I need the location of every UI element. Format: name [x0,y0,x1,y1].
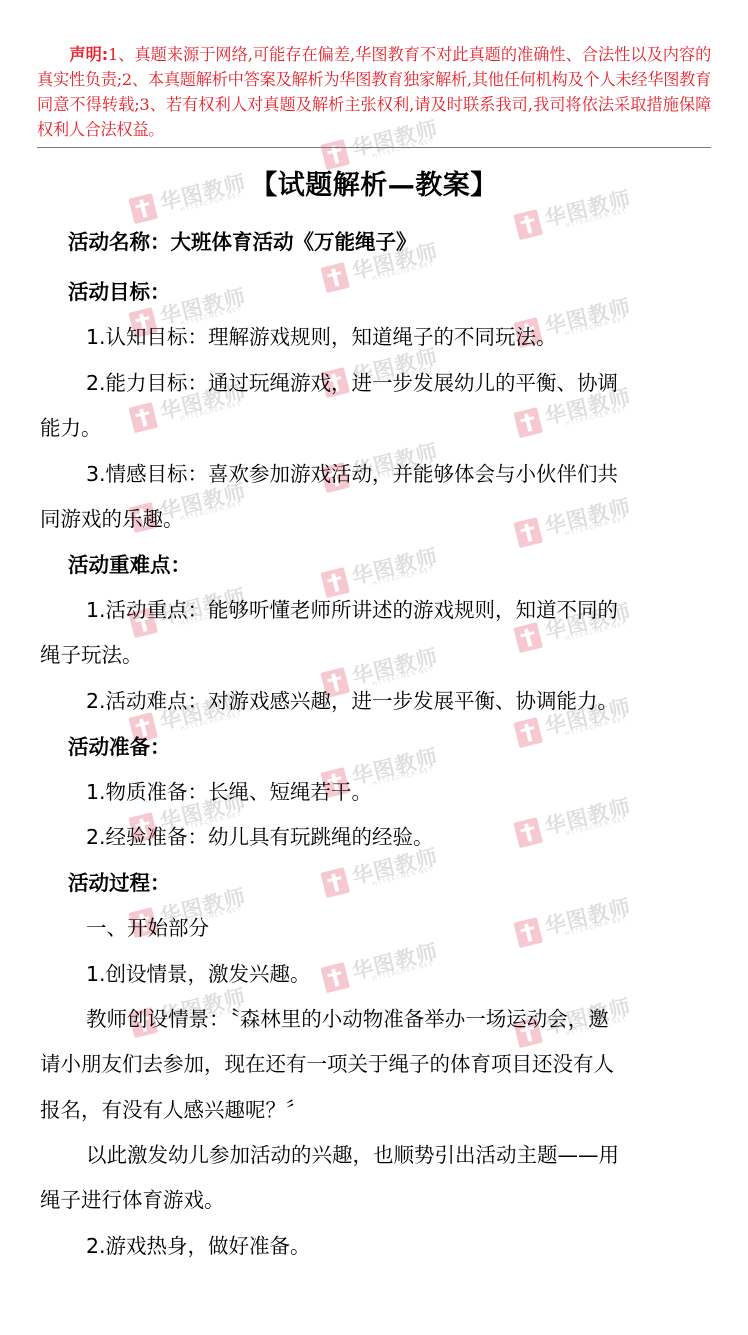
section-heading-key-points: 活动重难点： [68,550,191,580]
watermark-logo-icon [513,717,543,748]
disclaimer-label: 声明: [69,45,108,64]
goal-item-3: 3.情感目标：喜欢参加游戏活动，并能够体会与小伙伴们共 [86,459,618,489]
goal-item-2: 2.能力目标：通过玩绳游戏，进一步发展幼儿的平衡、协调 [86,368,618,398]
process-step-1: 1.创设情景，激发兴趣。 [86,959,311,989]
watermark-logo-icon [320,962,350,993]
watermark-logo-icon [320,567,350,598]
watermark-logo-icon [128,402,158,433]
watermark: 华图教师HTTEACHER.NET [511,786,638,858]
watermark: 华图教师HTTEACHER.NET [511,886,638,958]
section-heading-goals: 活动目标： [68,277,171,307]
watermark-logo-icon [513,622,543,653]
watermark-logo-icon [320,867,350,898]
preparation-item-1: 1.物质准备：长绳、短绳若干。 [86,777,372,807]
process-purpose: 以此激发幼儿参加活动的兴趣，也顺势引出活动主题——用 [86,1140,619,1170]
preparation-item-2: 2.经验准备：幼儿具有玩跳绳的经验。 [86,822,434,852]
goal-item-2-cont: 能力。 [40,413,102,443]
process-purpose-cont: 绳子进行体育游戏。 [40,1185,225,1215]
section-heading-process: 活动过程： [68,868,171,898]
goal-item-3-cont: 同游戏的乐趣。 [40,504,184,534]
watermark-logo-icon [320,262,350,293]
goal-item-1: 1.认知目标：理解游戏规则，知道绳子的不同玩法。 [86,322,557,352]
watermark-logo-icon [513,817,543,848]
process-teacher-scene-cont-2: 报名，有没有人感兴趣呢？〞 [40,1095,307,1125]
watermark-logo-icon [513,407,543,438]
section-heading-preparation: 活动准备： [68,732,171,762]
watermark-logo-icon [513,209,543,240]
watermark: 华图教师HTTEACHER.NET [511,486,638,558]
disclaimer-text: 1、真题来源于网络,可能存在偏差,华图教育不对此真题的准确性、合法性以及内容的真… [37,45,711,139]
disclaimer: 声明:1、真题来源于网络,可能存在偏差,华图教育不对此真题的准确性、合法性以及内… [37,42,711,142]
process-part-one: 一、开始部分 [86,913,209,943]
divider [37,147,711,148]
key-point-item-1-cont: 绳子玩法。 [40,640,143,670]
watermark: 华图教师HTTEACHER.NET [318,931,445,1003]
page-title: 【试题解析—教案】 [0,166,748,206]
activity-name: 活动名称：大班体育活动《万能绳子》 [68,227,417,257]
process-teacher-scene: 教师创设情景：〝森林里的小动物准备举办一场运动会，邀 [86,1004,609,1034]
watermark-logo-icon [513,517,543,548]
process-teacher-scene-cont-1: 请小朋友们去参加，现在还有一项关于绳子的体育项目还没有人 [40,1049,614,1079]
key-point-item-2: 2.活动难点：对游戏感兴趣，进一步发展平衡、协调能力。 [86,686,618,716]
document-page: 华图教师HTTEACHER.NET 华图教师HTTEACHER.NET 华图教师… [0,0,748,1335]
watermark-logo-icon [513,917,543,948]
key-point-item-1: 1.活动重点：能够听懂老师所讲述的游戏规则，知道不同的 [86,595,618,625]
process-step-2: 2.游戏热身，做好准备。 [86,1231,311,1261]
